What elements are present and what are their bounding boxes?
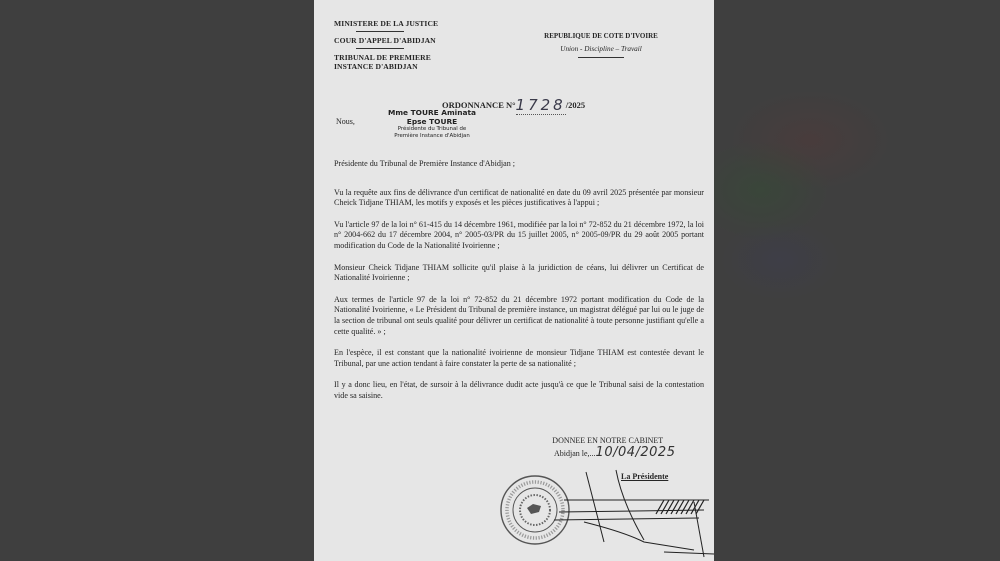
paragraph: Présidente du Tribunal de Première Insta… [334,159,704,170]
paragraph: Monsieur Cheick Tidjane THIAM sollicite … [334,263,704,284]
tribunal-label-line1: TRIBUNAL DE PREMIERE [334,53,454,62]
ordinance-body: Présidente du Tribunal de Première Insta… [334,159,704,413]
judge-role-line2: Première Instance d'Abidjan [376,133,488,140]
document-page: MINISTERE DE LA JUSTICE COUR D'APPEL D'A… [314,0,714,561]
judge-name: Mme TOURE Aminata [376,108,488,117]
paragraph: En l'espèce, il est constant que la nati… [334,348,704,369]
ordinance-year: /2025 [566,100,585,110]
place-date-line: Abidjan le,...10/04/2025 [554,445,675,460]
court-of-appeal-label: COUR D'APPEL D'ABIDJAN [334,36,454,45]
nous-label: Nous, [336,117,355,126]
place-label: Abidjan le,... [554,449,596,458]
paragraph: Vu la requête aux fins de délivrance d'u… [334,188,704,209]
handwritten-date: 10/04/2025 [596,445,676,460]
issuing-authority-block: MINISTERE DE LA JUSTICE COUR D'APPEL D'A… [334,19,454,71]
judge-name-stamp: Mme TOURE Aminata Epse TOURE Présidente … [376,108,488,140]
paragraph: Il y a donc lieu, en l'état, de sursoir … [334,380,704,401]
paragraph: Vu l'article 97 de la loi n° 61-415 du 1… [334,220,704,252]
given-at-label: DONNEE EN NOTRE CABINET [540,436,675,445]
paragraph: Aux termes de l'article 97 de la loi n° … [334,295,704,337]
ordinance-number: 1728 [516,96,566,115]
separator-line [356,31,404,32]
ministry-label: MINISTERE DE LA JUSTICE [334,19,454,28]
closing-block: DONNEE EN NOTRE CABINET Abidjan le,...10… [540,436,675,460]
republic-label: REPUBLIQUE DE COTE D'IVOIRE [526,32,676,40]
motto-label: Union - Discipline – Travail [526,45,676,53]
tribunal-label-line2: INSTANCE D'ABIDJAN [334,62,454,71]
judge-role-line1: Présidente du Tribunal de [376,126,488,133]
republic-block: REPUBLIQUE DE COTE D'IVOIRE Union - Disc… [526,32,676,58]
separator-line [578,57,624,58]
handwritten-signature-icon [544,462,714,561]
background-blur [700,0,1000,561]
separator-line [356,48,404,49]
judge-married-name: Epse TOURE [376,117,488,126]
